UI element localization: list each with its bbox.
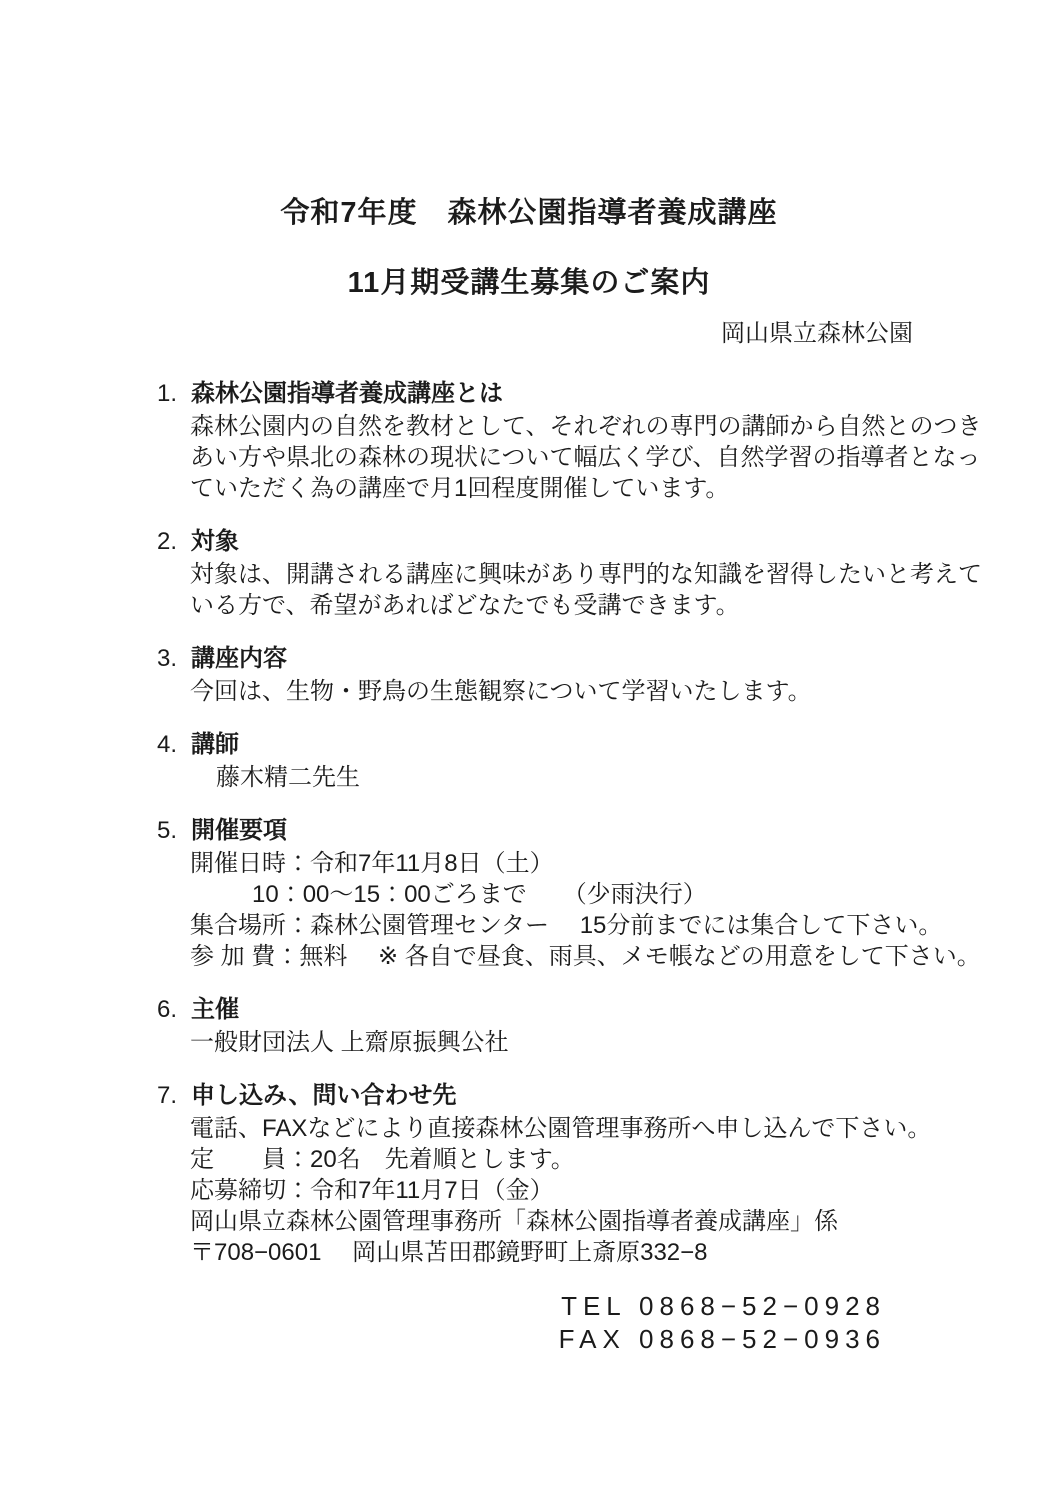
body-line: 岡山県立森林公園管理事務所「森林公園指導者養成講座」係 — [0, 1206, 1058, 1237]
section-header: 6.主催 — [0, 994, 1058, 1025]
section-header: 1.森林公園指導者養成講座とは — [0, 378, 1058, 409]
document-body: 1.森林公園指導者養成講座とは森林公園内の自然を教材として、それぞれの専門の講師… — [0, 378, 1058, 1268]
section-heading: 対象 — [191, 528, 239, 555]
byline: 岡山県立森林公園 — [0, 313, 1058, 348]
section-heading: 開催要項 — [191, 817, 287, 844]
body-line: ていただく為の講座で月1回程度開催しています。 — [0, 473, 1058, 504]
body-line: 対象は、開講される講座に興味があり専門的な知識を習得したいと考えて — [0, 559, 1058, 590]
section-header: 7.申し込み、問い合わせ先 — [0, 1080, 1058, 1111]
section-number: 6. — [157, 994, 191, 1025]
body-line: 応募締切：令和7年11月7日（金） — [0, 1175, 1058, 1206]
body-line: 一般財団法人 上齋原振興公社 — [0, 1027, 1058, 1058]
section: 3.講座内容今回は、生物・野鳥の生態観察について学習いたします。 — [0, 643, 1058, 707]
body-line: 10：00～15：00ごろまで （少雨決行） — [0, 879, 1058, 910]
section-header: 2.対象 — [0, 526, 1058, 557]
section: 4.講師藤木精二先生 — [0, 729, 1058, 793]
body-line: 参 加 費：無料 ※ 各自で昼食、雨具、メモ帳などの用意をして下さい。 — [0, 941, 1058, 972]
tel-line: TEL 0868−52−0928 — [0, 1290, 886, 1323]
section-heading: 主催 — [191, 996, 239, 1023]
document-page: 令和7年度 森林公園指導者養成講座 11月期受講生募集のご案内 岡山県立森林公園… — [0, 0, 1058, 1356]
body-line: 定 員：20名 先着順とします。 — [0, 1144, 1058, 1175]
page-subtitle: 11月期受講生募集のご案内 — [0, 260, 1058, 301]
body-line: 開催日時：令和7年11月8日（土） — [0, 848, 1058, 879]
body-line: 集合場所：森林公園管理センター 15分前までには集合して下さい。 — [0, 910, 1058, 941]
section-header: 4.講師 — [0, 729, 1058, 760]
section: 5.開催要項開催日時：令和7年11月8日（土）10：00～15：00ごろまで （… — [0, 815, 1058, 972]
body-line: 藤木精二先生 — [0, 762, 1058, 793]
section-heading: 講師 — [191, 731, 239, 758]
section-header: 5.開催要項 — [0, 815, 1058, 846]
body-line: あい方や県北の森林の現状について幅広く学び、自然学習の指導者となっ — [0, 442, 1058, 473]
section-number: 5. — [157, 815, 191, 846]
section-heading: 申し込み、問い合わせ先 — [191, 1082, 456, 1109]
section: 2.対象対象は、開講される講座に興味があり専門的な知識を習得したいと考えている方… — [0, 526, 1058, 621]
page-title: 令和7年度 森林公園指導者養成講座 — [0, 190, 1058, 231]
section: 6.主催一般財団法人 上齋原振興公社 — [0, 994, 1058, 1058]
section: 1.森林公園指導者養成講座とは森林公園内の自然を教材として、それぞれの専門の講師… — [0, 378, 1058, 504]
contact-block: TEL 0868−52−0928 FAX 0868−52−0936 — [0, 1290, 1058, 1356]
body-line: 今回は、生物・野鳥の生態観察について学習いたします。 — [0, 676, 1058, 707]
section-heading: 森林公園指導者養成講座とは — [191, 380, 503, 407]
body-line: 森林公園内の自然を教材として、それぞれの専門の講師から自然とのつき — [0, 411, 1058, 442]
body-line: 〒708−0601 岡山県苫田郡鏡野町上斎原332−8 — [0, 1237, 1058, 1268]
section-number: 4. — [157, 729, 191, 760]
fax-line: FAX 0868−52−0936 — [0, 1323, 886, 1356]
section-header: 3.講座内容 — [0, 643, 1058, 674]
body-line: いる方で、希望があればどなたでも受講できます。 — [0, 590, 1058, 621]
section-number: 2. — [157, 526, 191, 557]
section: 7.申し込み、問い合わせ先電話、FAXなどにより直接森林公園管理事務所へ申し込ん… — [0, 1080, 1058, 1268]
section-heading: 講座内容 — [191, 645, 287, 672]
section-number: 7. — [157, 1080, 191, 1111]
section-number: 1. — [157, 378, 191, 409]
section-number: 3. — [157, 643, 191, 674]
body-line: 電話、FAXなどにより直接森林公園管理事務所へ申し込んで下さい。 — [0, 1113, 1058, 1144]
